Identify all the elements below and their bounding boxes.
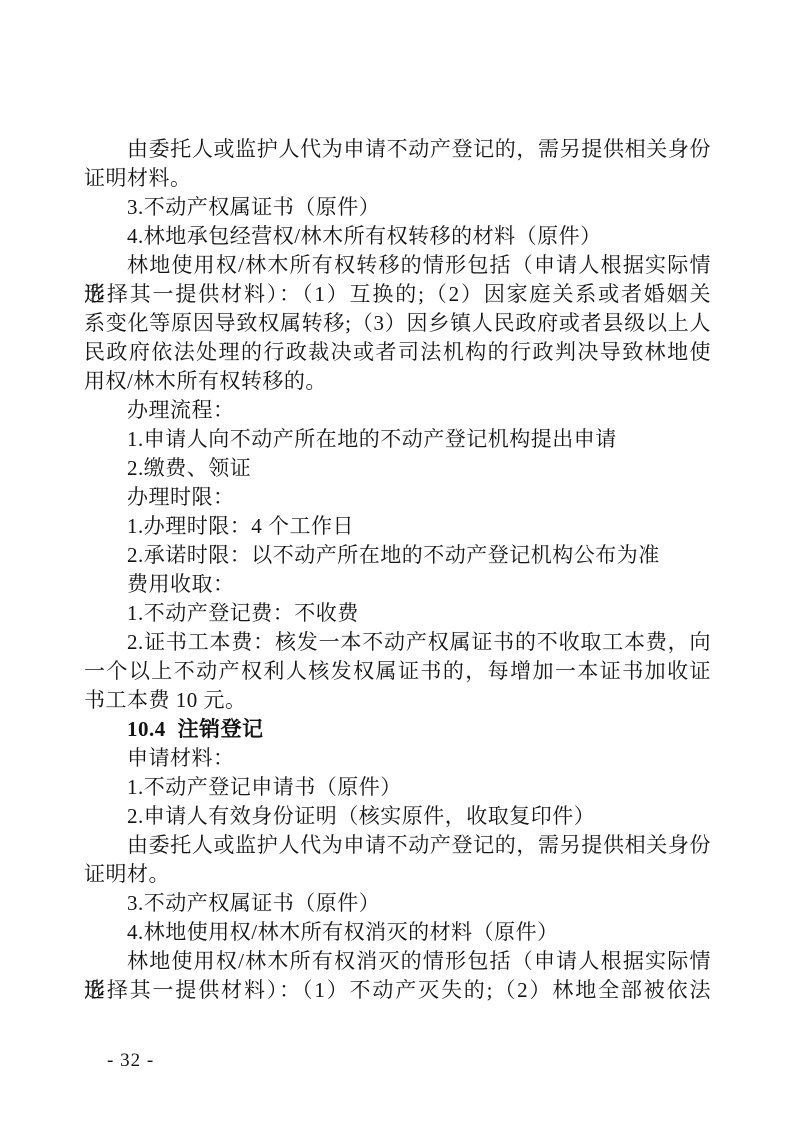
text-line: 2.承诺时限：以不动产所在地的不动产登记机构公布为准 [84, 541, 711, 570]
text-line: 证明材料。 [84, 164, 711, 193]
text-line: 1.申请人向不动产所在地的不动产登记机构提出申请 [84, 425, 711, 454]
text-line: 一个以上不动产权利人核发权属证书的，每增加一本证书加收证 [84, 657, 711, 686]
text-line: 申请材料： [84, 744, 711, 773]
text-line: 用权/林木所有权转移的。 [84, 367, 711, 396]
text-line: 系变化等原因导致权属转移;（3）因乡镇人民政府或者县级以上人 [84, 309, 711, 338]
text-line: 林地使用权/林木所有权转移的情形包括（申请人根据实际情形 [84, 251, 711, 280]
text-line: 由委托人或监护人代为申请不动产登记的，需另提供相关身份 [84, 831, 711, 860]
document-body: 由委托人或监护人代为申请不动产登记的，需另提供相关身份证明材料。3.不动产权属证… [84, 135, 711, 1005]
text-line: 1.不动产登记申请书（原件） [84, 773, 711, 802]
text-line: 1.办理时限：4 个工作日 [84, 512, 711, 541]
text-line: 林地使用权/林木所有权消灭的情形包括（申请人根据实际情形 [84, 947, 711, 976]
text-line: 2.证书工本费：核发一本不动产权属证书的不收取工本费，向 [84, 628, 711, 657]
text-line: 2.缴费、领证 [84, 454, 711, 483]
text-line: 4.林地使用权/林木所有权消灭的材料（原件） [84, 918, 711, 947]
text-line: 选择其一提供材料）：（1）互换的;（2）因家庭关系或者婚姻关 [84, 280, 711, 309]
text-line: 4.林地承包经营权/林木所有权转移的材料（原件） [84, 222, 711, 251]
text-line: 由委托人或监护人代为申请不动产登记的，需另提供相关身份 [84, 135, 711, 164]
text-line: 办理时限： [84, 483, 711, 512]
text-line: 1.不动产登记费：不收费 [84, 599, 711, 628]
text-line: 民政府依法处理的行政裁决或者司法机构的行政判决导致林地使 [84, 338, 711, 367]
text-line: 证明材。 [84, 860, 711, 889]
page-number: - 32 - [107, 1046, 154, 1075]
text-line: 费用收取： [84, 570, 711, 599]
text-line: 选择其一提供材料）：（1）不动产灭失的;（2）林地全部被依法 [84, 976, 711, 1005]
document-page: 由委托人或监护人代为申请不动产登记的，需另提供相关身份证明材料。3.不动产权属证… [0, 0, 793, 1122]
text-line: 3.不动产权属证书（原件） [84, 193, 711, 222]
text-line: 办理流程： [84, 396, 711, 425]
text-line: 书工本费 10 元。 [84, 686, 711, 715]
text-line: 2.申请人有效身份证明（核实原件，收取复印件） [84, 802, 711, 831]
section-heading: 10.4 注销登记 [84, 715, 711, 744]
text-line: 3.不动产权属证书（原件） [84, 889, 711, 918]
